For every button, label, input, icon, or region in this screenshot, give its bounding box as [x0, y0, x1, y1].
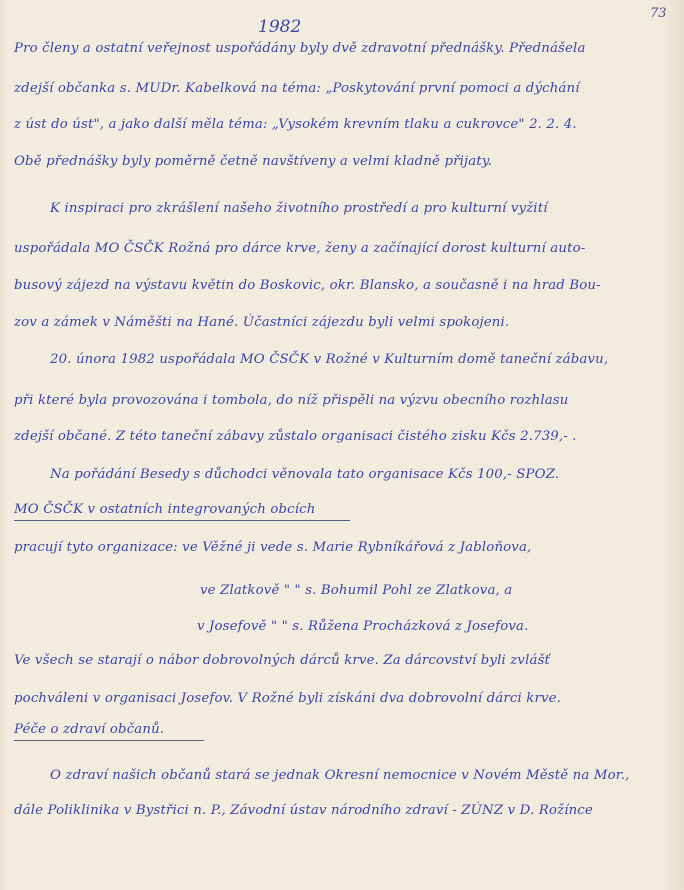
text-line: Na pořádání Besedy s důchodci věnovala t…	[50, 467, 559, 482]
text-line: uspořádala MO ČSČK Rožná pro dárce krve,…	[14, 241, 585, 256]
text-line: pracují tyto organizace: ve Věžné ji ved…	[14, 540, 531, 555]
text-line: zdejší občané. Z této taneční zábavy zůs…	[14, 429, 577, 444]
text-line: Ve všech se starají o nábor dobrovolných…	[14, 653, 550, 668]
text-line: Pro členy a ostatní veřejnost uspořádány…	[14, 41, 586, 56]
text-line: K inspiraci pro zkrášlení našeho životní…	[50, 201, 548, 216]
text-line: 20. února 1982 uspořádala MO ČSČK v Rožn…	[50, 352, 608, 367]
section-heading-health-care: Péče o zdraví občanů.	[14, 722, 204, 741]
text-line: dále Poliklinika v Bystřici n. P., Závod…	[14, 803, 593, 818]
text-line: busový zájezd na výstavu květin do Bosko…	[14, 278, 601, 293]
text-line: ve Zlatkově " " s. Bohumil Pohl ze Zlatk…	[200, 583, 512, 598]
text-line: z úst do úst", a jako další měla téma: „…	[14, 117, 577, 132]
page-number: 73	[650, 6, 667, 21]
section-heading-integrated-villages: MO ČSČK v ostatních integrovaných obcích	[14, 502, 350, 521]
text-line: zdejší občanka s. MUDr. Kabelková na tém…	[14, 81, 580, 96]
chronicle-page: 73 1982 Pro členy a ostatní veřejnost us…	[0, 0, 684, 890]
text-line: v Josefově " " s. Růžena Procházková z J…	[197, 619, 528, 634]
text-line: Obě přednášky byly poměrně četně navštív…	[14, 154, 492, 169]
text-line: O zdraví našich občanů stará se jednak O…	[50, 768, 630, 783]
year-heading: 1982	[258, 17, 301, 37]
text-line: zov a zámek v Náměšti na Hané. Účastníci…	[14, 315, 509, 330]
text-line: při které byla provozována i tombola, do…	[14, 393, 569, 408]
text-line: pochváleni v organisaci Josefov. V Rožné…	[14, 691, 561, 706]
